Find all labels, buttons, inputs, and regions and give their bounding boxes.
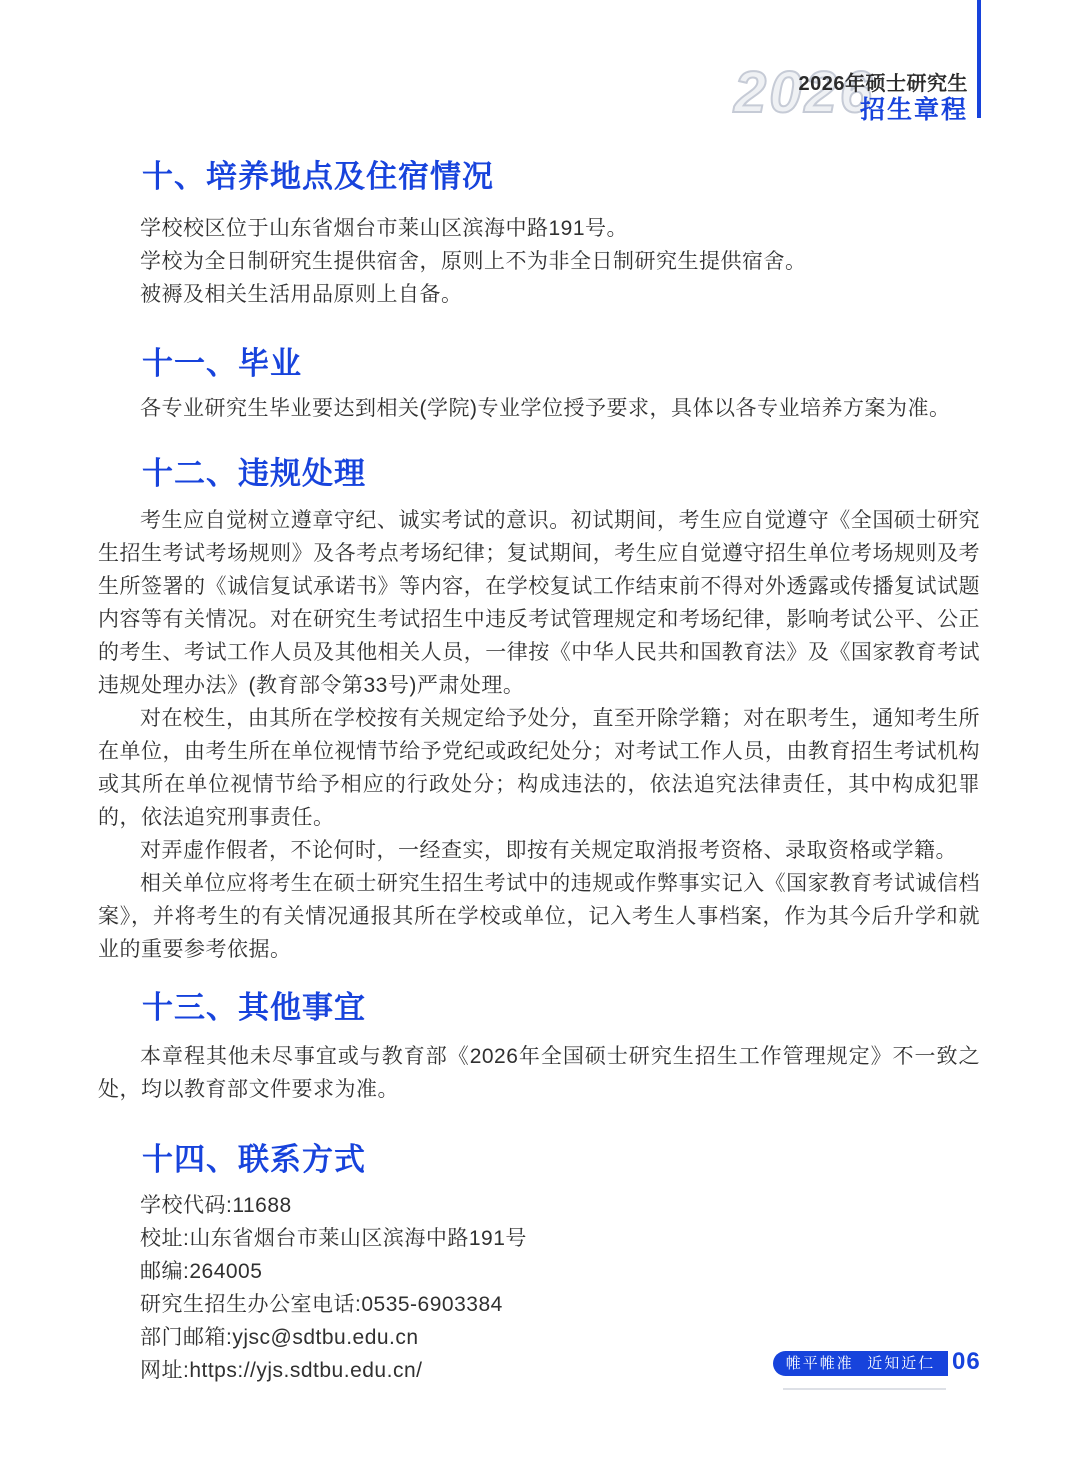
footer-motto-badge: 帷平帷准 近知近仁 (773, 1351, 948, 1376)
paragraph: 考生应自觉树立遵章守纪、诚实考试的意识。初试期间，考生应自觉遵守《全国硕士研究生… (98, 504, 980, 702)
section-title: 十二、违规处理 (142, 455, 980, 493)
contact-email: 部门邮箱:yjsc@sdtbu.edu.cn (98, 1321, 980, 1354)
section-paragraphs: 学校校区位于山东省烟台市莱山区滨海中路191号。 学校为全日制研究生提供宿舍，原… (98, 212, 980, 311)
section-title: 十、培养地点及住宿情况 (142, 158, 980, 196)
document-page: 2026 2026年硕士研究生 招生章程 十、培养地点及住宿情况 学校校区位于山… (0, 0, 1080, 1466)
paragraph: 被褥及相关生活用品原则上自备。 (98, 278, 980, 311)
section-violation-handling: 十二、违规处理 考生应自觉树立遵章守纪、诚实考试的意识。初试期间，考生应自觉遵守… (98, 455, 980, 966)
paragraph: 对在校生，由其所在学校按有关规定给予处分，直至开除学籍；对在职考生，通知考生所在… (98, 702, 980, 834)
page-number: 06 (952, 1348, 981, 1376)
footer-underline (783, 1388, 946, 1390)
paragraph: 学校为全日制研究生提供宿舍，原则上不为非全日制研究生提供宿舍。 (98, 245, 980, 278)
paragraph: 学校校区位于山东省烟台市莱山区滨海中路191号。 (98, 212, 980, 245)
section-paragraphs: 各专业研究生毕业要达到相关(学院)专业学位授予要求，具体以各专业培养方案为准。 (98, 392, 980, 425)
paragraph: 本章程其他未尽事宜或与教育部《2026年全国硕士研究生招生工作管理规定》不一致之… (98, 1040, 980, 1106)
footer-motto-text: 帷平帷准 近知近仁 (786, 1356, 936, 1371)
section-title: 十四、联系方式 (142, 1141, 980, 1179)
section-paragraphs: 本章程其他未尽事宜或与教育部《2026年全国硕士研究生招生工作管理规定》不一致之… (98, 1040, 980, 1106)
document-body: 十、培养地点及住宿情况 学校校区位于山东省烟台市莱山区滨海中路191号。 学校为… (98, 0, 980, 1387)
section-title: 十一、毕业 (142, 345, 980, 383)
paragraph: 对弄虚作假者，不论何时，一经查实，即按有关规定取消报考资格、录取资格或学籍。 (98, 834, 980, 867)
section-graduation: 十一、毕业 各专业研究生毕业要达到相关(学院)专业学位授予要求，具体以各专业培养… (98, 345, 980, 425)
paragraph: 各专业研究生毕业要达到相关(学院)专业学位授予要求，具体以各专业培养方案为准。 (98, 392, 980, 425)
paragraph: 相关单位应将考生在硕士研究生招生考试中的违规或作弊事实记入《国家教育考试诚信档案… (98, 867, 980, 966)
contact-phone: 研究生招生办公室电话:0535-6903384 (98, 1288, 980, 1321)
section-training-location: 十、培养地点及住宿情况 学校校区位于山东省烟台市莱山区滨海中路191号。 学校为… (98, 158, 980, 311)
section-title: 十三、其他事宜 (142, 989, 980, 1027)
contact-school-code: 学校代码:11688 (98, 1189, 980, 1222)
section-paragraphs: 考生应自觉树立遵章守纪、诚实考试的意识。初试期间，考生应自觉遵守《全国硕士研究生… (98, 504, 980, 966)
section-other-matters: 十三、其他事宜 本章程其他未尽事宜或与教育部《2026年全国硕士研究生招生工作管… (98, 989, 980, 1106)
contact-address: 校址:山东省烟台市莱山区滨海中路191号 (98, 1222, 980, 1255)
contact-postcode: 邮编:264005 (98, 1255, 980, 1288)
